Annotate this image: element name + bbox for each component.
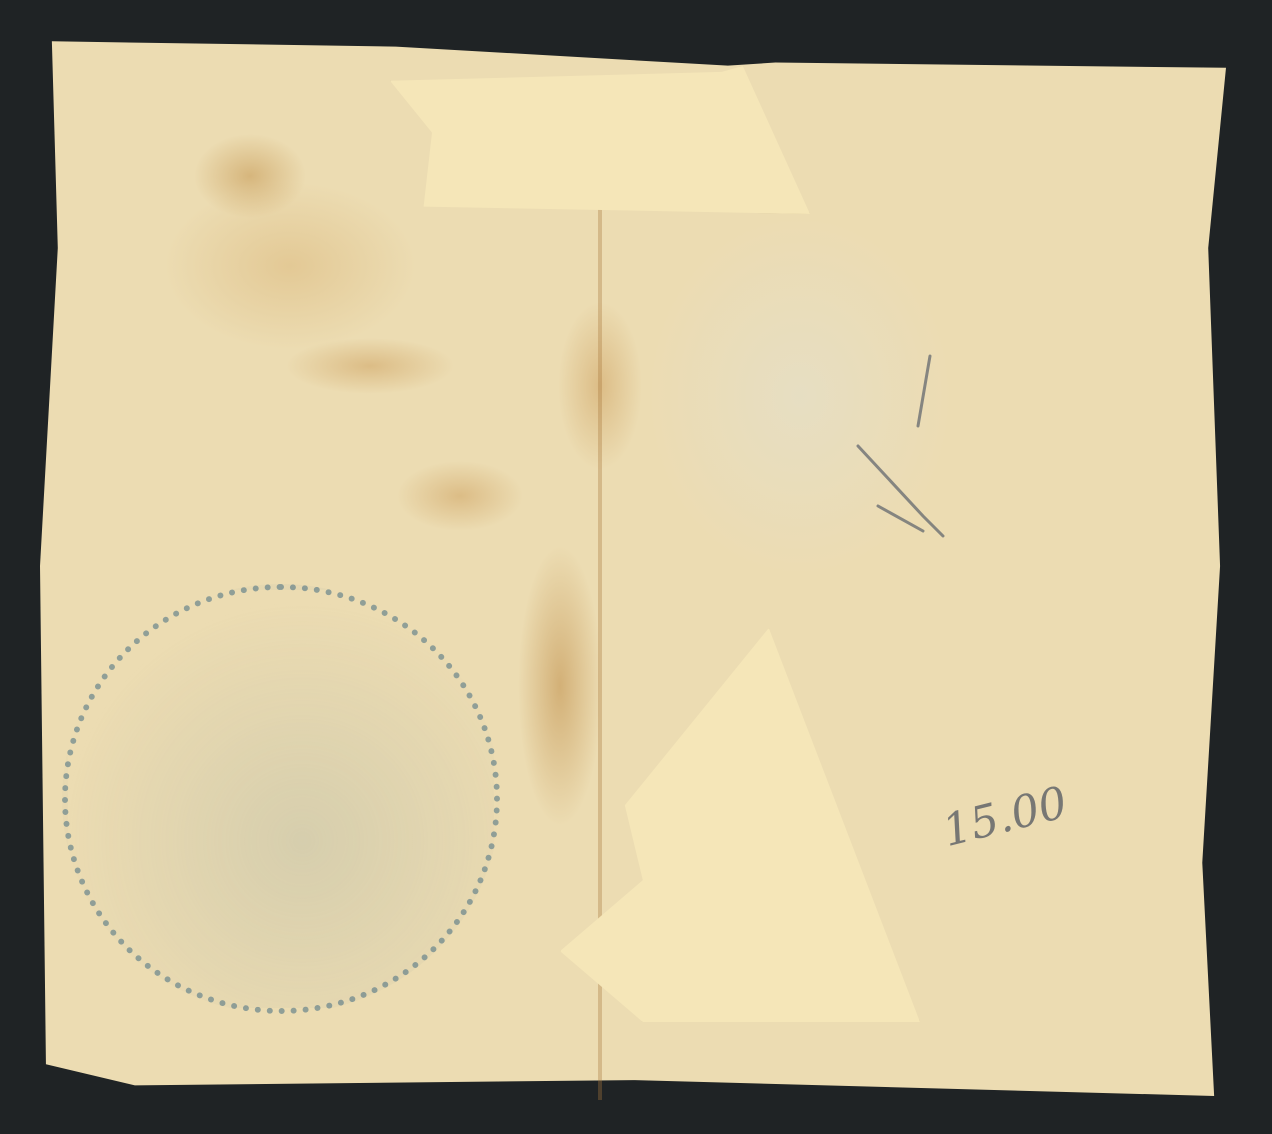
repair-tape-top — [390, 66, 810, 214]
circular-seal-stamp — [62, 584, 500, 1014]
pencil-check-mark-icon — [848, 346, 958, 546]
